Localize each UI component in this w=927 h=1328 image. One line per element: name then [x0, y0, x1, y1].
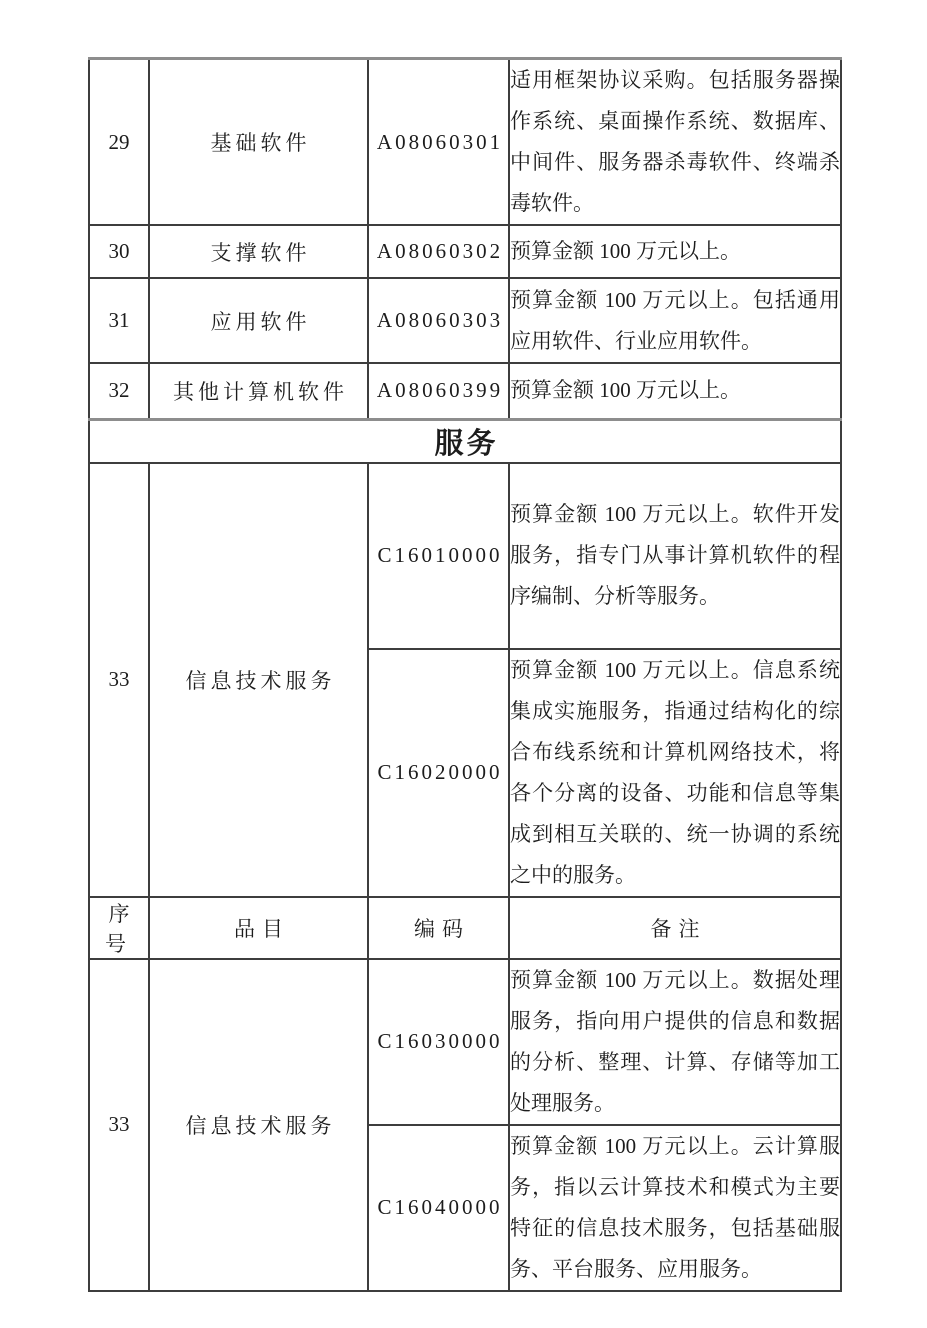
row29-code: A08060301 — [368, 59, 509, 226]
row31-code: A08060303 — [368, 278, 509, 363]
row33b-remark-2: 预算金额 100 万元以上。云计算服务，指以云计算技术和模式为主要特征的信息技术… — [509, 1125, 841, 1291]
row33b-remark-1: 预算金额 100 万元以上。数据处理服务，指向用户提供的信息和数据的分析、整理、… — [509, 959, 841, 1125]
row32-code: A08060399 — [368, 363, 509, 419]
row33a-serial: 33 — [89, 463, 149, 897]
row33b-code-2: C16040000 — [368, 1125, 509, 1291]
row33a-remark-1: 预算金额 100 万元以上。软件开发服务，指专门从事计算机软件的程序编制、分析等… — [509, 463, 841, 649]
row32-serial: 32 — [89, 363, 149, 419]
row30-code: A08060302 — [368, 225, 509, 278]
document-page: 29 基础软件 A08060301 适用框架协议采购。包括服务器操作系统、桌面操… — [0, 0, 927, 1328]
procurement-catalog-table: 29 基础软件 A08060301 适用框架协议采购。包括服务器操作系统、桌面操… — [88, 57, 842, 1292]
row33a-code-1: C16010000 — [368, 463, 509, 649]
row30-item: 支撑软件 — [149, 225, 368, 278]
table-row: 30 支撑软件 A08060302 预算金额 100 万元以上。 — [89, 225, 841, 278]
row31-serial: 31 — [89, 278, 149, 363]
col-header-item: 品目 — [149, 897, 368, 959]
row29-item: 基础软件 — [149, 59, 368, 226]
row29-remark: 适用框架协议采购。包括服务器操作系统、桌面操作系统、数据库、中间件、服务器杀毒软… — [509, 59, 841, 226]
table-row: 29 基础软件 A08060301 适用框架协议采购。包括服务器操作系统、桌面操… — [89, 59, 841, 226]
table-row: 33 信息技术服务 C16010000 预算金额 100 万元以上。软件开发服务… — [89, 463, 841, 649]
row33a-remark-2: 预算金额 100 万元以上。信息系统集成实施服务，指通过结构化的综合布线系统和计… — [509, 649, 841, 897]
row29-serial: 29 — [89, 59, 149, 226]
table-row: 31 应用软件 A08060303 预算金额 100 万元以上。包括通用应用软件… — [89, 278, 841, 363]
row31-remark: 预算金额 100 万元以上。包括通用应用软件、行业应用软件。 — [509, 278, 841, 363]
row33a-code-2: C16020000 — [368, 649, 509, 897]
table-row: 33 信息技术服务 C16030000 预算金额 100 万元以上。数据处理服务… — [89, 959, 841, 1125]
row30-serial: 30 — [89, 225, 149, 278]
row31-item: 应用软件 — [149, 278, 368, 363]
column-header-row: 序号 品目 编码 备注 — [89, 897, 841, 959]
row33b-serial: 33 — [89, 959, 149, 1291]
col-header-code: 编码 — [368, 897, 509, 959]
row33b-code-1: C16030000 — [368, 959, 509, 1125]
col-header-remark: 备注 — [509, 897, 841, 959]
section-header-row: 服务 — [89, 419, 841, 463]
row32-remark: 预算金额 100 万元以上。 — [509, 363, 841, 419]
services-section-title: 服务 — [89, 419, 841, 463]
row30-remark: 预算金额 100 万元以上。 — [509, 225, 841, 278]
row33a-item: 信息技术服务 — [149, 463, 368, 897]
row33b-item: 信息技术服务 — [149, 959, 368, 1291]
col-header-serial: 序号 — [89, 897, 149, 959]
row32-item: 其他计算机软件 — [149, 363, 368, 419]
table-row: 32 其他计算机软件 A08060399 预算金额 100 万元以上。 — [89, 363, 841, 419]
